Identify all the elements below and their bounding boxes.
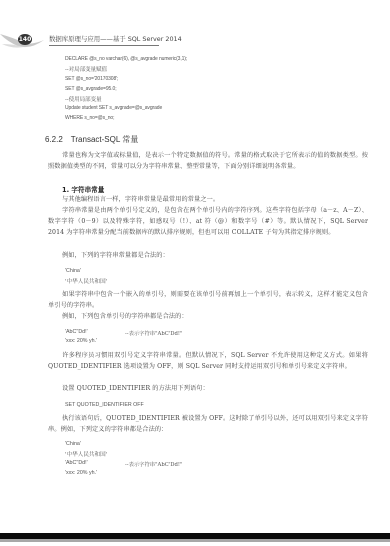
code-line: SET @s_avgrade=95.0;	[65, 86, 117, 92]
paragraph: 例如，下列包含单引号的字符串都是合法的：	[48, 311, 368, 322]
example-comment: --表示字符串"AbC'Dd!"	[125, 329, 182, 337]
paragraph: 许多程序员习惯用双引号定义字符串常量。但默认情况下，SQL Server 不允许…	[48, 350, 368, 372]
paragraph-intro: 常量也称为文字值或标量值，是表示一个特定数据值的符号。常量的格式取决于它所表示的…	[48, 150, 368, 172]
footer-strip	[0, 539, 390, 542]
code-line: WHERE s_no=@s_no;	[65, 115, 114, 121]
paragraph: 如果字符串中包含一个嵌入的单引号，则需要在该单引号前再加上一个单引号，表示转义，…	[48, 289, 368, 311]
example-code: '中华人民共和国'	[65, 450, 107, 458]
subheading-string-constants: 1. 字符串常量	[62, 184, 104, 194]
example-code: 'AbC''Dd!'--表示字符串"AbC'Dd!"	[65, 460, 88, 466]
example-code: 'xxx: 20% yh.'	[65, 338, 97, 344]
section-title: 6.2.2Transact-SQL 常量	[45, 134, 138, 145]
section-heading: Transact-SQL 常量	[71, 135, 138, 144]
set-statement-code: SET QUOTED_IDENTIFIER OFF	[65, 402, 144, 408]
code-comment: --使用局部变量	[65, 95, 102, 103]
book-title: 数据库原理与应用——基于 SQL Server 2014	[49, 34, 159, 46]
example-code: 'AbC''Dd!'--表示字符串"AbC'Dd!"	[65, 329, 88, 335]
page-number: 140	[18, 34, 32, 45]
page-header: 140 数据库原理与应用——基于 SQL Server 2014	[0, 28, 390, 52]
code-line: SET @s_no='20170308';	[65, 76, 118, 82]
example-code: 'xxx: 20% yh.'	[65, 470, 97, 476]
section-number: 6.2.2	[45, 135, 63, 144]
code-line: DECLARE @s_no varchar(6), @s_avgrade num…	[65, 56, 187, 62]
paragraph: 例如，下列的字符串常量都是合法的：	[48, 250, 368, 261]
example-code: 'China'	[65, 268, 81, 274]
code-line: Update student SET s_avgrade=@s_avgrade	[65, 105, 162, 111]
example-code: '中华人民共和国'	[65, 277, 107, 285]
example-comment: --表示字符串"AbC'Dd!"	[125, 460, 182, 468]
paragraph: 设置 QUOTED_IDENTIFIER 的方法用下列语句：	[48, 383, 368, 394]
example-code: 'China'	[65, 441, 81, 447]
code-comment: --对局部变量赋值	[65, 65, 107, 73]
paragraph: 与其他编程语言一样，字符串常量是最常用的常量之一。	[48, 194, 368, 205]
paragraph: 字符串常量是由两个单引号定义的，是包含在两个单引号内的字符序列。这些字符包括字母…	[48, 205, 368, 238]
paragraph: 执行该语句后，QUOTED_IDENTIFIER 被设置为 OFF。这时除了单引…	[48, 413, 368, 435]
